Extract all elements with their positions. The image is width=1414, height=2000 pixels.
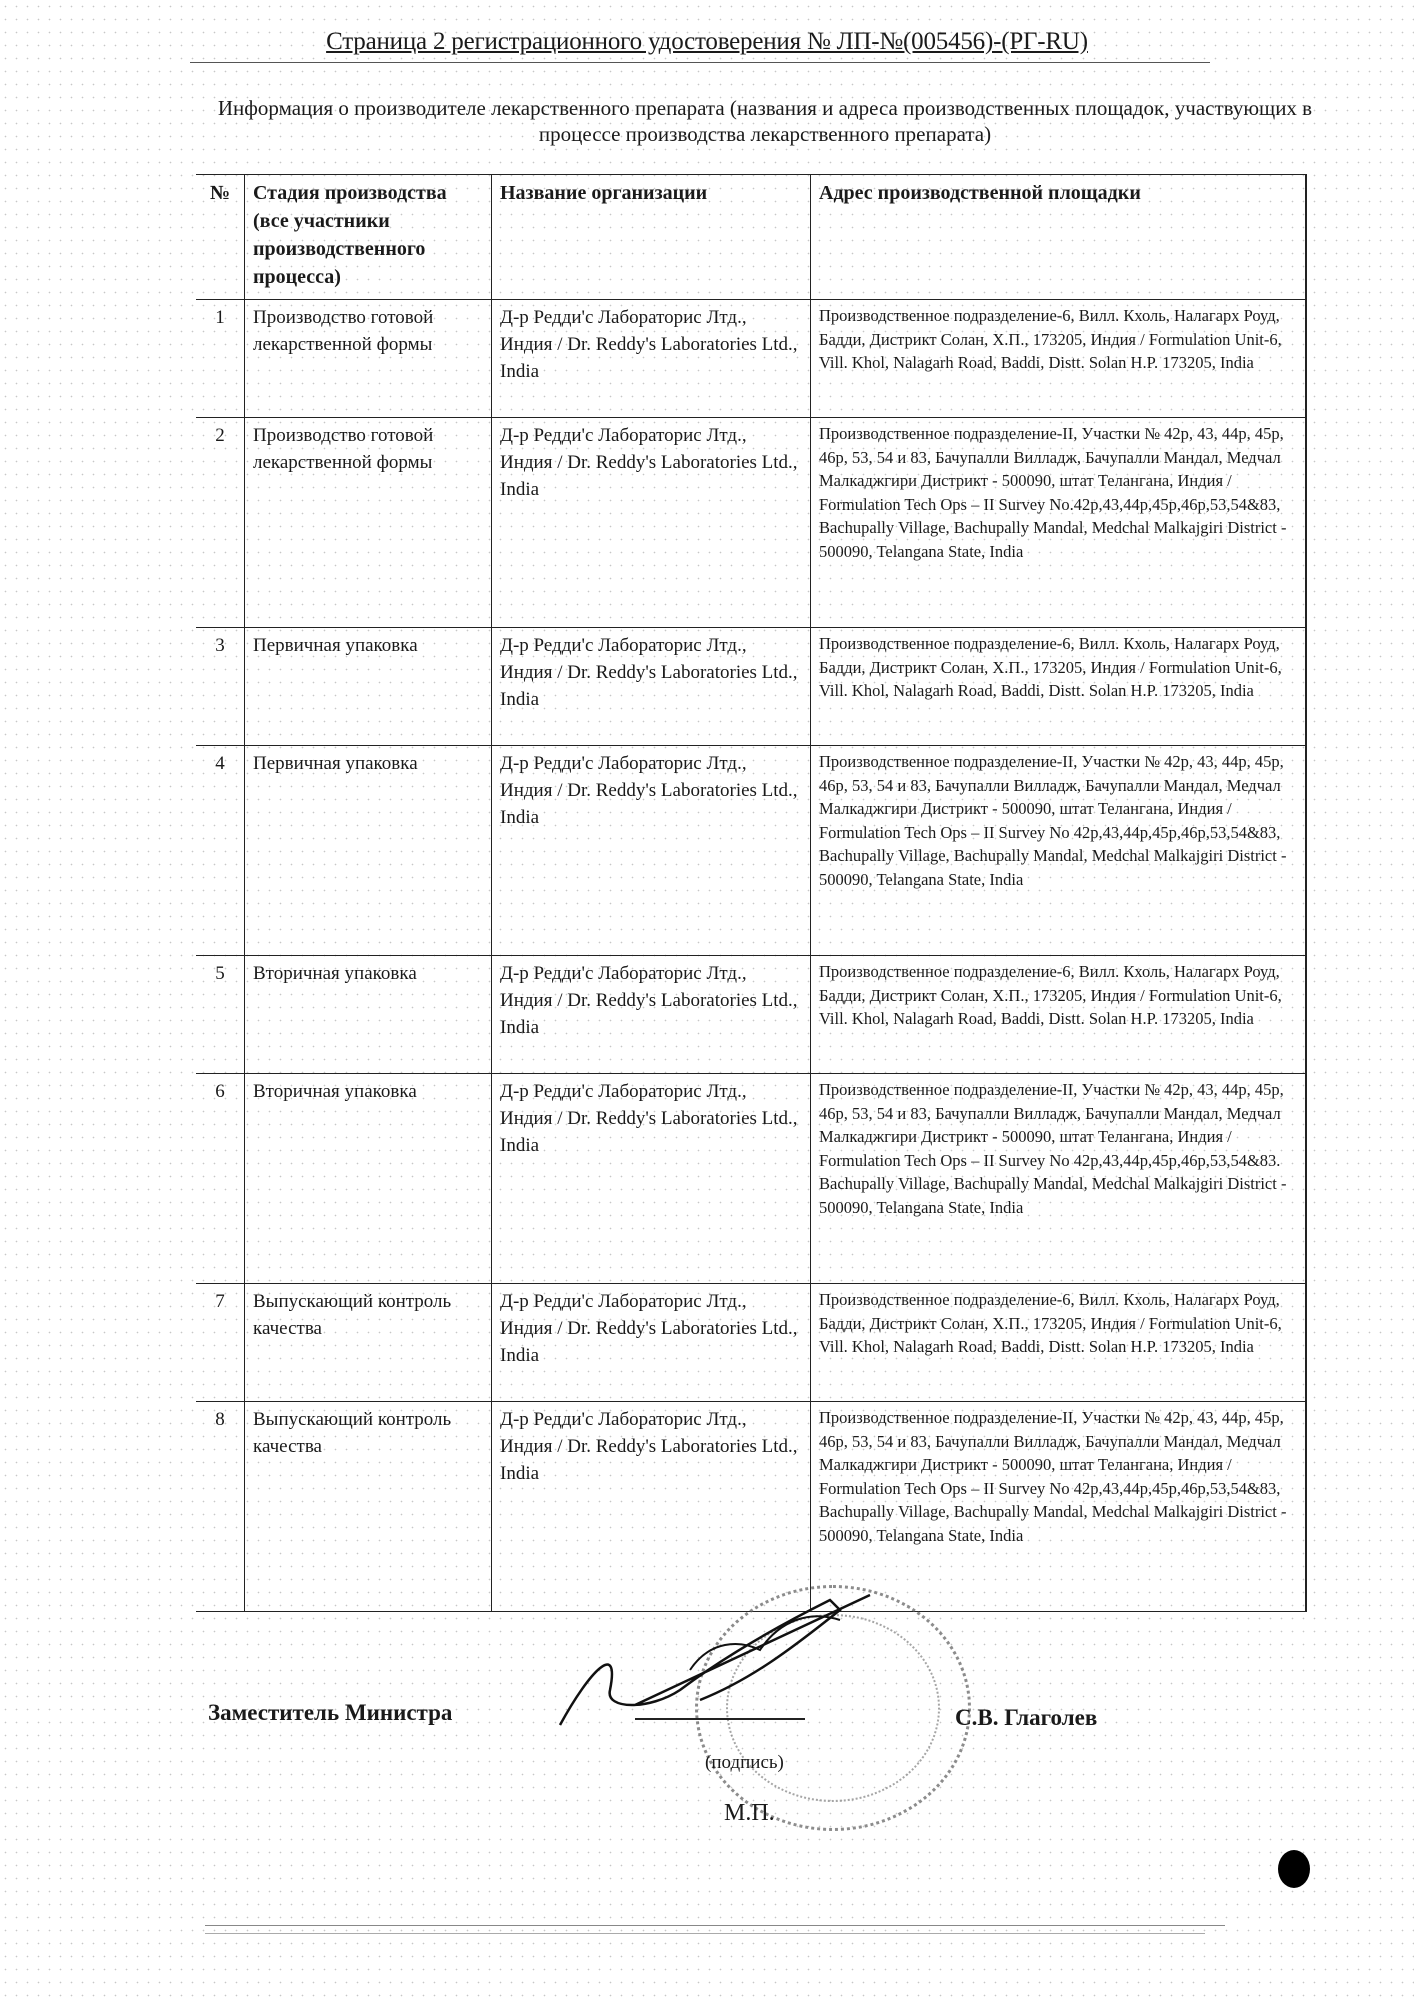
table-row: 6Вторичная упаковкаД-р Редди'с Лаборатор… <box>196 1074 1306 1284</box>
organization-name: Д-р Редди'с Лабораторис Лтд., Индия / Dr… <box>492 956 811 1074</box>
column-header-number: № <box>196 175 245 300</box>
site-address: Производственное подразделение-6, Вилл. … <box>811 1284 1307 1402</box>
signature-caption: (подпись) <box>705 1752 784 1774</box>
row-number: 1 <box>196 300 245 418</box>
column-header-stage: Стадия производства (все участники произ… <box>245 175 492 300</box>
handwritten-signature <box>540 1580 900 1730</box>
table-row: 7Выпускающий контроль качестваД-р Редди'… <box>196 1284 1306 1402</box>
footer-rule <box>205 1925 1225 1926</box>
production-stage: Выпускающий контроль качества <box>245 1402 492 1612</box>
row-number: 6 <box>196 1074 245 1284</box>
organization-name: Д-р Редди'с Лабораторис Лтд., Индия / Dr… <box>492 628 811 746</box>
production-stage: Производство готовой лекарственной формы <box>245 300 492 418</box>
site-address: Производственное подразделение-II, Участ… <box>811 746 1307 956</box>
organization-name: Д-р Редди'с Лабораторис Лтд., Индия / Dr… <box>492 1284 811 1402</box>
column-header-organization: Название организации <box>492 175 811 300</box>
site-address: Производственное подразделение-6, Вилл. … <box>811 300 1307 418</box>
page-title-text: Страница 2 регистрационного удостоверени… <box>326 28 1088 55</box>
page-title: Страница 2 регистрационного удостоверени… <box>0 28 1414 56</box>
punch-hole-mark <box>1278 1850 1310 1888</box>
organization-name: Д-р Редди'с Лабораторис Лтд., Индия / Dr… <box>492 418 811 628</box>
organization-name: Д-р Редди'с Лабораторис Лтд., Индия / Dr… <box>492 1074 811 1284</box>
production-stage: Выпускающий контроль качества <box>245 1284 492 1402</box>
site-address: Производственное подразделение-6, Вилл. … <box>811 956 1307 1074</box>
table-header-row: № Стадия производства (все участники про… <box>196 175 1306 300</box>
footer-rule-2 <box>205 1933 1205 1934</box>
production-stage: Вторичная упаковка <box>245 1074 492 1284</box>
column-header-address: Адрес производственной площадки <box>811 175 1307 300</box>
table-row: 1Производство готовой лекарственной форм… <box>196 300 1306 418</box>
signature-line <box>635 1718 805 1720</box>
table-row: 2Производство готовой лекарственной форм… <box>196 418 1306 628</box>
production-stage: Первичная упаковка <box>245 746 492 956</box>
header-rule <box>190 62 1210 63</box>
signer-name: С.В. Глаголев <box>955 1705 1097 1731</box>
site-address: Производственное подразделение-II, Участ… <box>811 418 1307 628</box>
production-stage: Вторичная упаковка <box>245 956 492 1074</box>
site-address: Производственное подразделение-II, Участ… <box>811 1074 1307 1284</box>
production-stage: Производство готовой лекарственной формы <box>245 418 492 628</box>
row-number: 7 <box>196 1284 245 1402</box>
manufacturers-table: № Стадия производства (все участники про… <box>196 174 1307 1612</box>
row-number: 4 <box>196 746 245 956</box>
row-number: 8 <box>196 1402 245 1612</box>
table-row: 4Первичная упаковкаД-р Редди'с Лаборатор… <box>196 746 1306 956</box>
row-number: 5 <box>196 956 245 1074</box>
row-number: 2 <box>196 418 245 628</box>
stamp-label: М.П. <box>724 1800 775 1827</box>
organization-name: Д-р Редди'с Лабораторис Лтд., Индия / Dr… <box>492 300 811 418</box>
signer-title: Заместитель Министра <box>208 1700 452 1726</box>
site-address: Производственное подразделение-6, Вилл. … <box>811 628 1307 746</box>
row-number: 3 <box>196 628 245 746</box>
table-row: 5Вторичная упаковкаД-р Редди'с Лаборатор… <box>196 956 1306 1074</box>
production-stage: Первичная упаковка <box>245 628 492 746</box>
table-row: 3Первичная упаковкаД-р Редди'с Лаборатор… <box>196 628 1306 746</box>
organization-name: Д-р Редди'с Лабораторис Лтд., Индия / Dr… <box>492 746 811 956</box>
section-subtitle: Информация о производителе лекарственног… <box>205 95 1325 147</box>
